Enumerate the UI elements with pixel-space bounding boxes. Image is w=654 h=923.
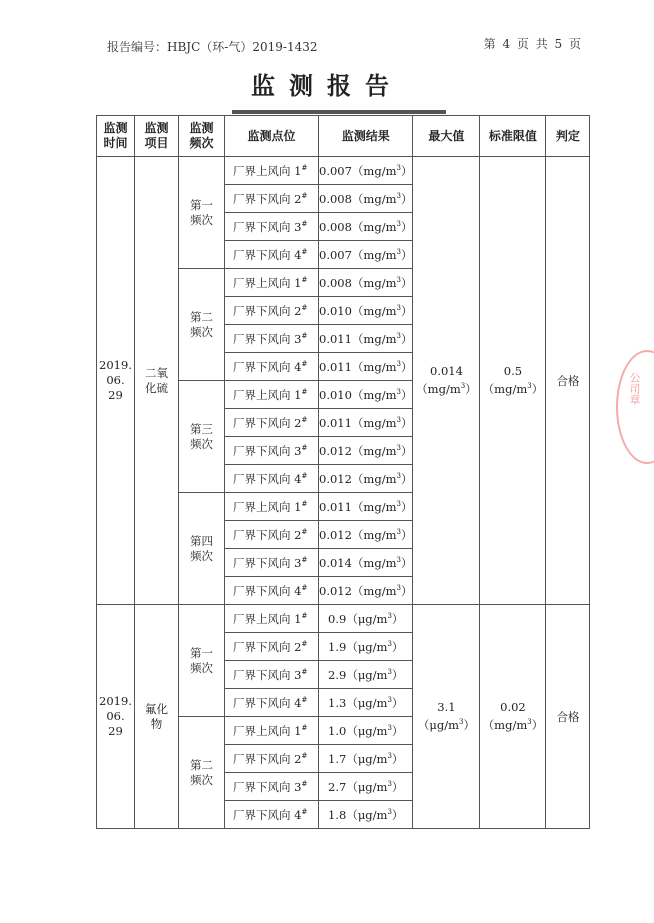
monitoring-item: 二氧化硫 (135, 157, 179, 605)
monitoring-result: 0.008（mg/m3） (319, 213, 413, 241)
monitoring-site: 厂界下风向 3# (225, 437, 319, 465)
monitoring-result: 1.8（μg/m3） (319, 801, 413, 829)
column-header: 监测点位 (225, 116, 319, 157)
monitoring-site: 厂界下风向 2# (225, 409, 319, 437)
frequency: 第一频次 (179, 605, 225, 717)
monitoring-site: 厂界下风向 3# (225, 773, 319, 801)
frequency: 第二频次 (179, 269, 225, 381)
monitoring-result: 0.007（mg/m3） (319, 241, 413, 269)
monitoring-item: 氟化物 (135, 605, 179, 829)
frequency: 第三频次 (179, 381, 225, 493)
verdict: 合格 (546, 157, 590, 605)
monitoring-result: 0.011（mg/m3） (319, 493, 413, 521)
monitoring-site: 厂界下风向 4# (225, 241, 319, 269)
column-header: 监测频次 (179, 116, 225, 157)
monitoring-result: 0.010（mg/m3） (319, 297, 413, 325)
column-header: 标准限值 (480, 116, 546, 157)
report-number: 报告编号：HBJC（环-气）2019-1432 (107, 38, 317, 55)
monitoring-site: 厂界下风向 4# (225, 801, 319, 829)
table-row: 2019.06.29氟化物第一频次厂界上风向 1#0.9（μg/m3）3.1（μ… (97, 605, 590, 633)
standard-limit: 0.5（mg/m3） (480, 157, 546, 605)
monitoring-site: 厂界下风向 2# (225, 521, 319, 549)
monitoring-result: 0.011（mg/m3） (319, 409, 413, 437)
title-underline (232, 110, 446, 114)
monitoring-result: 0.012（mg/m3） (319, 465, 413, 493)
monitoring-result: 0.011（mg/m3） (319, 353, 413, 381)
monitoring-site: 厂界下风向 4# (225, 465, 319, 493)
standard-limit: 0.02（mg/m3） (480, 605, 546, 829)
monitoring-result: 1.7（μg/m3） (319, 745, 413, 773)
table-row: 2019.06.29二氧化硫第一频次厂界上风向 1#0.007（mg/m3）0.… (97, 157, 590, 185)
verdict: 合格 (546, 605, 590, 829)
table-header-row: 监测时间监测项目监测频次监测点位监测结果最大值标准限值判定 (97, 116, 590, 157)
monitoring-site: 厂界下风向 3# (225, 661, 319, 689)
monitoring-site: 厂界下风向 4# (225, 577, 319, 605)
monitoring-result: 0.007（mg/m3） (319, 157, 413, 185)
monitoring-date: 2019.06.29 (97, 605, 135, 829)
column-header: 监测结果 (319, 116, 413, 157)
monitoring-result: 0.012（mg/m3） (319, 437, 413, 465)
monitoring-site: 厂界下风向 3# (225, 325, 319, 353)
monitoring-result: 0.010（mg/m3） (319, 381, 413, 409)
monitoring-site: 厂界下风向 2# (225, 185, 319, 213)
frequency: 第二频次 (179, 717, 225, 829)
monitoring-site: 厂界下风向 3# (225, 549, 319, 577)
page-title: 监测报告 (0, 66, 654, 101)
monitoring-table: 监测时间监测项目监测频次监测点位监测结果最大值标准限值判定 2019.06.29… (96, 115, 590, 829)
monitoring-date: 2019.06.29 (97, 157, 135, 605)
max-value: 0.014（mg/m3） (413, 157, 480, 605)
page-info: 第 4 页 共 5 页 (484, 35, 581, 52)
max-value: 3.1（μg/m3） (413, 605, 480, 829)
monitoring-result: 2.7（μg/m3） (319, 773, 413, 801)
monitoring-result: 0.012（mg/m3） (319, 521, 413, 549)
monitoring-site: 厂界下风向 2# (225, 745, 319, 773)
monitoring-site: 厂界下风向 2# (225, 633, 319, 661)
monitoring-site: 厂界上风向 1# (225, 157, 319, 185)
monitoring-site: 厂界下风向 3# (225, 213, 319, 241)
monitoring-result: 0.012（mg/m3） (319, 577, 413, 605)
monitoring-site: 厂界上风向 1# (225, 605, 319, 633)
column-header: 监测项目 (135, 116, 179, 157)
monitoring-result: 0.014（mg/m3） (319, 549, 413, 577)
monitoring-result: 0.9（μg/m3） (319, 605, 413, 633)
monitoring-result: 1.0（μg/m3） (319, 717, 413, 745)
frequency: 第一频次 (179, 157, 225, 269)
column-header: 监测时间 (97, 116, 135, 157)
monitoring-result: 1.9（μg/m3） (319, 633, 413, 661)
monitoring-site: 厂界上风向 1# (225, 269, 319, 297)
company-stamp: 公司章 (616, 350, 654, 464)
monitoring-result: 2.9（μg/m3） (319, 661, 413, 689)
monitoring-site: 厂界上风向 1# (225, 493, 319, 521)
frequency: 第四频次 (179, 493, 225, 605)
monitoring-site: 厂界下风向 4# (225, 689, 319, 717)
column-header: 判定 (546, 116, 590, 157)
monitoring-result: 0.008（mg/m3） (319, 185, 413, 213)
monitoring-result: 0.011（mg/m3） (319, 325, 413, 353)
monitoring-site: 厂界下风向 4# (225, 353, 319, 381)
monitoring-result: 1.3（μg/m3） (319, 689, 413, 717)
monitoring-result: 0.008（mg/m3） (319, 269, 413, 297)
monitoring-site: 厂界上风向 1# (225, 381, 319, 409)
monitoring-site: 厂界下风向 2# (225, 297, 319, 325)
monitoring-site: 厂界上风向 1# (225, 717, 319, 745)
column-header: 最大值 (413, 116, 480, 157)
